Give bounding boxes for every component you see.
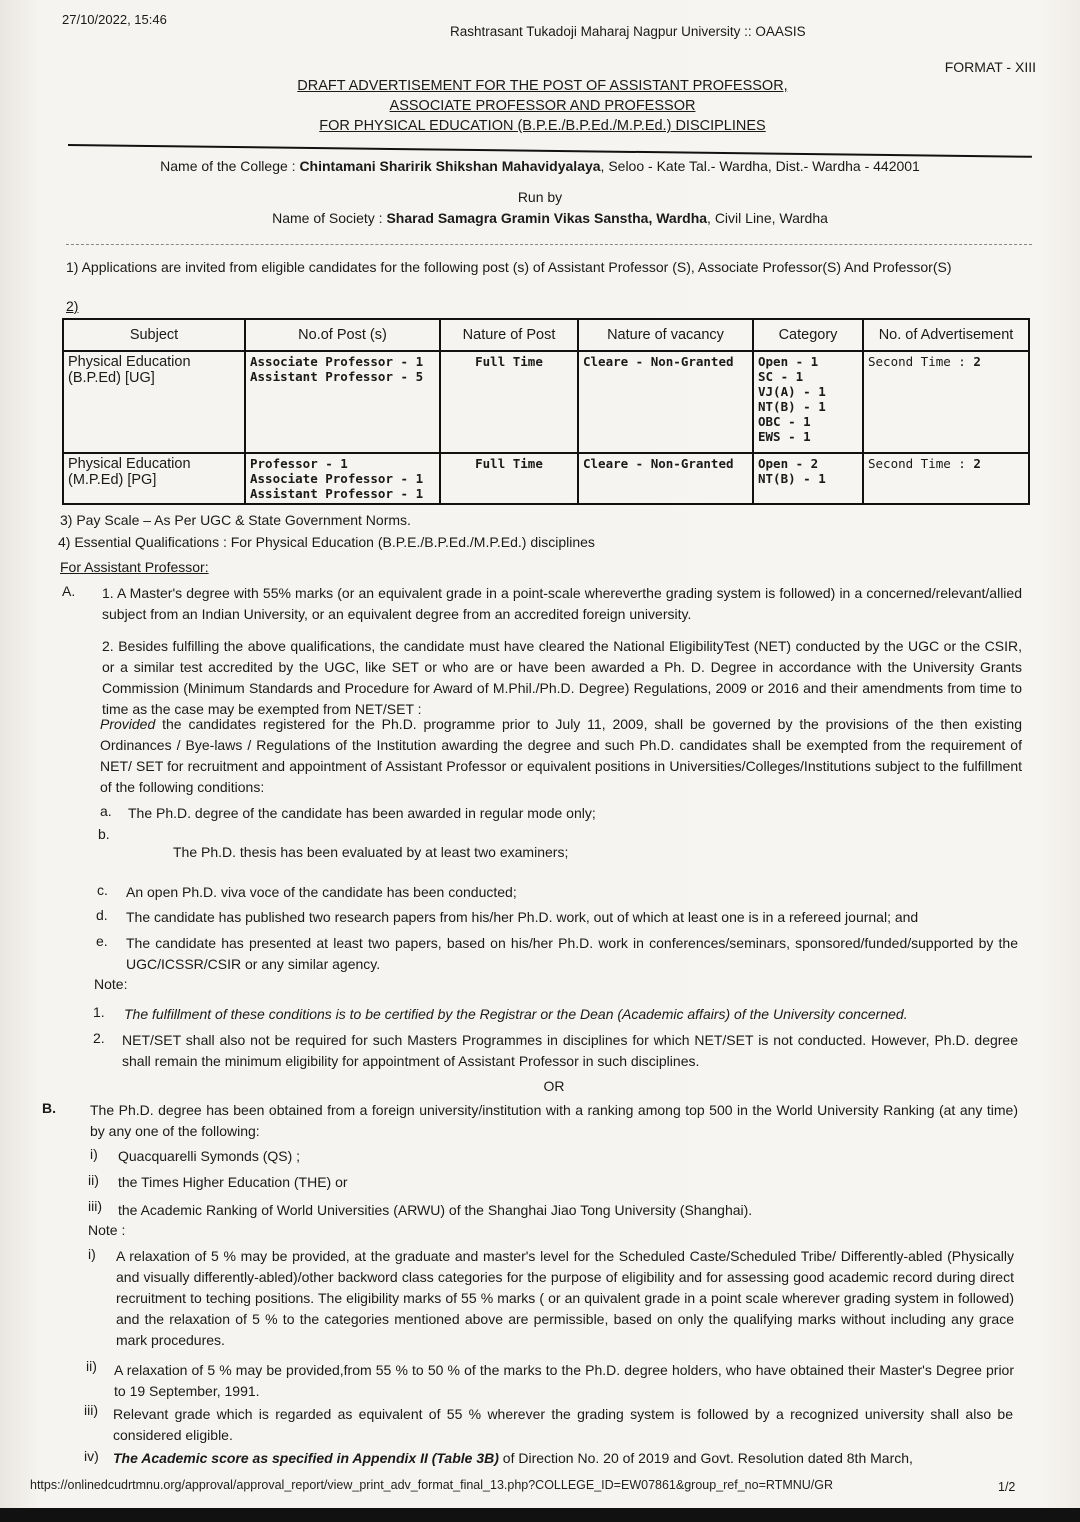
condition-text: The candidate has published two research… (126, 909, 1016, 925)
title-line-3: FOR PHYSICAL EDUCATION (B.P.E./B.P.Ed./M… (0, 116, 1080, 136)
category-line: Open - 2 (758, 456, 858, 471)
note-text: The fulfillment of these conditions is t… (124, 1006, 1004, 1022)
provided-text: the candidates registered for the Ph.D. … (100, 716, 1022, 795)
title-divider (68, 144, 1032, 158)
subject-cell: Physical Education(M.P.Ed) [PG] (63, 453, 245, 504)
condition-text: The Ph.D. thesis has been evaluated by a… (173, 844, 568, 860)
advertisement-cell: Second Time : 2 (863, 453, 1029, 504)
ranking-marker: i) (90, 1146, 98, 1162)
section-b-intro: The Ph.D. degree has been obtained from … (90, 1100, 1018, 1142)
advertisement-value: 2 (973, 354, 981, 369)
note-italic-text: The fulfillment of these conditions is t… (124, 1006, 908, 1022)
note-text: NET/SET shall also not be required for s… (122, 1030, 1018, 1072)
section-b-label: B. (42, 1100, 56, 1116)
note-marker: 2. (93, 1030, 105, 1046)
note-marker: ii) (86, 1358, 97, 1374)
condition-text: An open Ph.D. viva voce of the candidate… (126, 884, 517, 900)
college-name: Chintamani Sharirik Shikshan Mahavidyala… (299, 158, 600, 174)
note-label: Note: (94, 976, 127, 992)
section-4-qualifications: 4) Essential Qualifications : For Physic… (58, 532, 595, 552)
category-line: VJ(A) - 1 (758, 384, 858, 399)
or-separator: OR (0, 1078, 1080, 1094)
condition-marker: b. (98, 826, 110, 842)
category-line: NT(B) - 1 (758, 471, 858, 486)
advertisement-cell: Second Time : 2 (863, 351, 1029, 453)
society-address: , Civil Line, Wardha (707, 210, 828, 226)
table-row: Physical Education(M.P.Ed) [PG] Professo… (63, 453, 1029, 504)
college-line: Name of the College : Chintamani Shariri… (0, 158, 1080, 174)
nature-vacancy-cell: Cleare - Non-Granted (578, 453, 753, 504)
advertisement-label: Second Time : (868, 456, 973, 471)
subject-line: (M.P.Ed) [PG] (68, 472, 240, 488)
post-line: Assistant Professor - 1 (250, 486, 435, 501)
category-cell: Open - 1 SC - 1 VJ(A) - 1 NT(B) - 1 OBC … (753, 351, 863, 453)
section-a-item-2: 2. Besides fulfilling the above qualific… (102, 636, 1022, 720)
provided-italic: Provided (100, 716, 155, 732)
ranking-marker: ii) (88, 1172, 99, 1188)
post-line: Associate Professor - 1 (250, 471, 435, 486)
posts-table: Subject No.of Post (s) Nature of Post Na… (62, 318, 1030, 505)
section-3-pay-scale: 3) Pay Scale – As Per UGC & State Govern… (60, 510, 411, 530)
subject-cell: Physical Education(B.P.Ed) [UG] (63, 351, 245, 453)
table-row: Physical Education(B.P.Ed) [UG] Associat… (63, 351, 1029, 453)
col-category: Category (753, 319, 863, 351)
col-subject: Subject (63, 319, 245, 351)
posts-cell: Associate Professor - 1Assistant Profess… (245, 351, 440, 453)
note-marker: iii) (84, 1402, 98, 1418)
category-line: EWS - 1 (758, 429, 858, 444)
print-datetime: 27/10/2022, 15:46 (62, 12, 167, 27)
provided-clause: Provided the candidates registered for t… (100, 714, 1022, 798)
condition-marker: e. (96, 933, 108, 949)
nature-post-cell: Full Time (440, 453, 578, 504)
category-line: OBC - 1 (758, 414, 858, 429)
ranking-marker: iii) (88, 1198, 102, 1214)
condition-text: The Ph.D. degree of the candidate has be… (128, 805, 596, 821)
society-label: Name of Society : (272, 210, 386, 226)
document-title: DRAFT ADVERTISEMENT FOR THE POST OF ASSI… (0, 76, 1080, 136)
nature-post-cell: Full Time (440, 351, 578, 453)
category-line: SC - 1 (758, 369, 858, 384)
ranking-text: Quacquarelli Symonds (QS) ; (118, 1148, 300, 1164)
advertisement-value: 2 (973, 456, 981, 471)
post-line: Professor - 1 (250, 456, 435, 471)
category-line: NT(B) - 1 (758, 399, 858, 414)
scan-edge (0, 1508, 1080, 1522)
section-a-item-1: 1. A Master's degree with 55% marks (or … (102, 583, 1022, 625)
note-label: Note : (88, 1222, 125, 1238)
col-nature-vacancy: Nature of vacancy (578, 319, 753, 351)
site-title: Rashtrasant Tukadoji Maharaj Nagpur Univ… (450, 24, 806, 39)
section-1: 1) Applications are invited from eligibl… (66, 258, 966, 277)
document-page: 27/10/2022, 15:46 Rashtrasant Tukadoji M… (0, 0, 1080, 1522)
subject-line: Physical Education (68, 456, 240, 472)
table-header-row: Subject No.of Post (s) Nature of Post Na… (63, 319, 1029, 351)
ranking-text: the Academic Ranking of World Universiti… (118, 1202, 752, 1218)
note-emphasis: The Academic score as specified in Appen… (113, 1450, 499, 1466)
note-text: A relaxation of 5 % may be provided, at … (116, 1246, 1014, 1351)
nature-vacancy-cell: Cleare - Non-Granted (578, 351, 753, 453)
section-a-label: A. (62, 583, 75, 599)
note-marker: 1. (93, 1004, 105, 1020)
run-by: Run by (0, 189, 1080, 205)
col-advertisement: No. of Advertisement (863, 319, 1029, 351)
posts-cell: Professor - 1Associate Professor - 1Assi… (245, 453, 440, 504)
condition-marker: d. (96, 907, 108, 923)
condition-marker: c. (97, 882, 108, 898)
note-text: The Academic score as specified in Appen… (113, 1450, 1023, 1466)
col-nature-post: Nature of Post (440, 319, 578, 351)
advertisement-label: Second Time : (868, 354, 973, 369)
note-marker: i) (88, 1246, 96, 1262)
title-line-1: DRAFT ADVERTISEMENT FOR THE POST OF ASSI… (0, 76, 1080, 96)
subject-line: Physical Education (68, 354, 240, 370)
college-address: , Seloo - Kate Tal.- Wardha, Dist.- Ward… (601, 158, 920, 174)
condition-marker: a. (100, 803, 112, 819)
society-line: Name of Society : Sharad Samagra Gramin … (0, 210, 1080, 226)
category-line: Open - 1 (758, 354, 858, 369)
col-posts: No.of Post (s) (245, 319, 440, 351)
subject-line: (B.P.Ed) [UG] (68, 370, 240, 386)
note-text: A relaxation of 5 % may be provided,from… (114, 1360, 1014, 1402)
page-number: 1/2 (998, 1480, 1015, 1494)
ranking-text: the Times Higher Education (THE) or (118, 1174, 348, 1190)
for-assistant-professor-heading: For Assistant Professor: (60, 557, 209, 577)
section-2: 2) (66, 298, 78, 314)
note-marker: iv) (84, 1448, 99, 1464)
footer-url: https://onlinedcudrtmnu.org/approval/app… (30, 1478, 833, 1492)
condition-text: The candidate has presented at least two… (126, 933, 1018, 975)
dotted-divider (66, 244, 1032, 245)
format-label: FORMAT - XIII (945, 59, 1036, 75)
category-cell: Open - 2 NT(B) - 1 (753, 453, 863, 504)
college-label: Name of the College : (160, 158, 299, 174)
title-line-2: ASSOCIATE PROFESSOR AND PROFESSOR (0, 96, 1080, 116)
society-name: Sharad Samagra Gramin Vikas Sanstha, War… (386, 210, 707, 226)
note-rest: of Direction No. 20 of 2019 and Govt. Re… (499, 1450, 913, 1466)
post-line: Associate Professor - 1 (250, 354, 435, 369)
post-line: Assistant Professor - 5 (250, 369, 435, 384)
note-text: Relevant grade which is regarded as equi… (113, 1404, 1013, 1446)
